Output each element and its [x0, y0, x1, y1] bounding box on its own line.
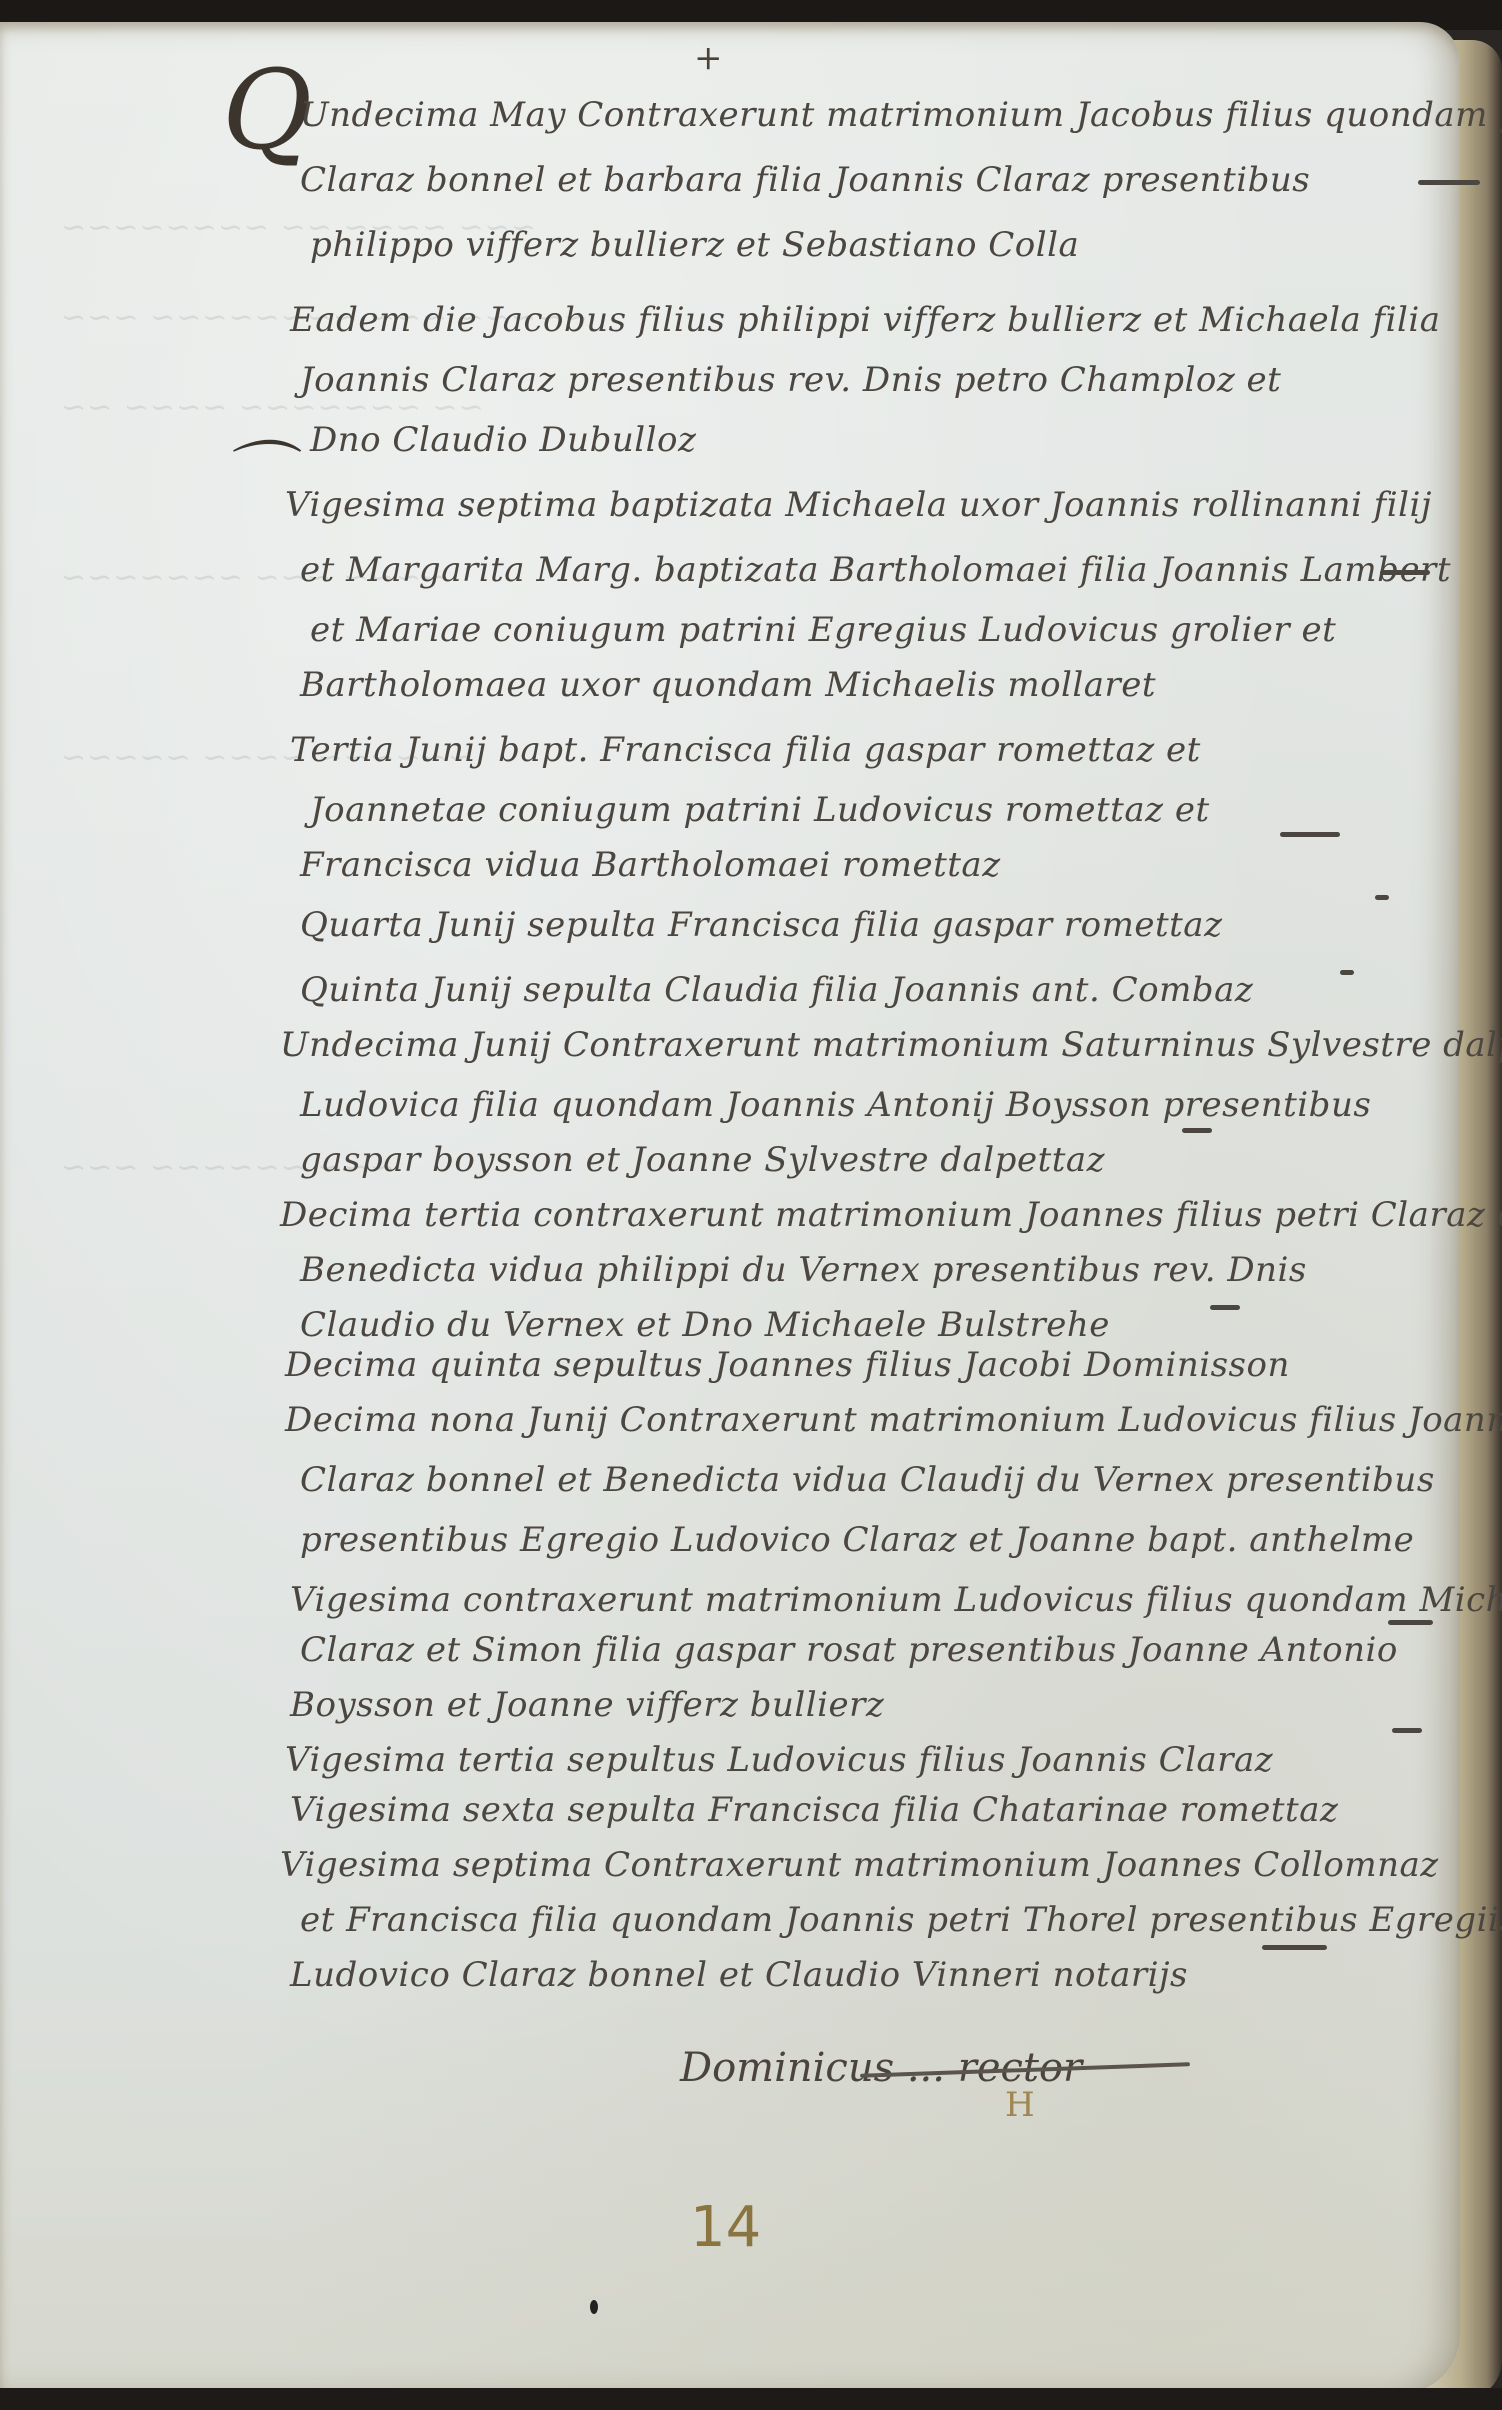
line-filler-dash: [1340, 970, 1354, 975]
register-line: Decima tertia contraxerunt matrimonium J…: [280, 1195, 1502, 1235]
line-filler-dash: [1380, 570, 1430, 575]
register-line: Joannetae coniugum patrini Ludovicus rom…: [310, 790, 1210, 830]
register-line: Claraz et Simon filia gaspar rosat prese…: [300, 1630, 1398, 1670]
register-line: Dno Claudio Dubulloz: [310, 420, 696, 460]
register-line: Decima quinta sepultus Joannes filius Ja…: [285, 1345, 1290, 1385]
register-line: Claudio du Vernex et Dno Michaele Bulstr…: [300, 1305, 1110, 1345]
register-line: Benedicta vidua philippi du Vernex prese…: [300, 1250, 1307, 1290]
line-filler-dash: [1262, 1945, 1327, 1950]
decorated-capital-v: ⌒: [220, 440, 290, 510]
register-line: gaspar boysson et Joanne Sylvestre dalpe…: [300, 1140, 1105, 1180]
register-line: Decima nona Junij Contraxerunt matrimoni…: [285, 1400, 1502, 1440]
register-line: presentibus Egregio Ludovico Claraz et J…: [300, 1520, 1414, 1560]
ink-blot: [590, 2300, 598, 2314]
line-filler-dash: [1280, 832, 1340, 837]
register-line: Boysson et Joanne vifferz bullierz: [290, 1685, 884, 1725]
register-line: Undecima Junij Contraxerunt matrimonium …: [280, 1025, 1502, 1065]
register-line: Vigesima contraxerunt matrimonium Ludovi…: [290, 1580, 1502, 1620]
register-line: Vigesima sexta sepulta Francisca filia C…: [290, 1790, 1338, 1830]
register-line: et Francisca filia quondam Joannis petri…: [300, 1900, 1502, 1940]
manuscript-scan: ~~~ ~~~~ ~~ ~~~~~~~~ ~~~~~ ~~~ ~~~~~~~~ …: [0, 0, 1502, 2410]
line-filler-dash: [1392, 1728, 1422, 1733]
register-line: Vigesima tertia sepultus Ludovicus filiu…: [285, 1740, 1273, 1780]
line-filler-dash: [1388, 1620, 1433, 1625]
register-line: philippo vifferz bullierz et Sebastiano …: [310, 225, 1079, 265]
register-line: Joannis Claraz presentibus rev. Dnis pet…: [300, 360, 1281, 400]
top-cross-mark: +: [694, 38, 723, 78]
register-line: Vigesima septima baptizata Michaela uxor…: [285, 485, 1432, 525]
line-filler-dash: [1418, 180, 1480, 185]
line-filler-dash: [1375, 895, 1389, 900]
line-filler-dash: [1210, 1305, 1240, 1310]
line-filler-dash: [1182, 1128, 1212, 1133]
register-line: Ludovico Claraz bonnel et Claudio Vinner…: [290, 1955, 1188, 1995]
folio-number: 14: [690, 2195, 761, 2260]
binding-backdrop-bottom: [0, 2388, 1502, 2410]
register-line: et Margarita Marg. baptizata Bartholomae…: [300, 550, 1451, 590]
register-line: Eadem die Jacobus filius philippi viffer…: [290, 300, 1441, 340]
register-line: Quarta Junij sepulta Francisca filia gas…: [300, 905, 1222, 945]
margin-mark: H: [1005, 2085, 1035, 2125]
register-line: et Mariae coniugum patrini Egregius Ludo…: [310, 610, 1336, 650]
register-line: Ludovica filia quondam Joannis Antonij B…: [300, 1085, 1371, 1125]
register-line: Undecima May Contraxerunt matrimonium Ja…: [300, 95, 1502, 135]
register-line: Claraz bonnel et barbara filia Joannis C…: [300, 160, 1310, 200]
register-line: Quinta Junij sepulta Claudia filia Joann…: [300, 970, 1253, 1010]
register-line: Claraz bonnel et Benedicta vidua Claudij…: [300, 1460, 1435, 1500]
register-line: Tertia Junij bapt. Francisca filia gaspa…: [290, 730, 1201, 770]
decorated-capital-u: Q: [222, 55, 312, 165]
register-line: Vigesima septima Contraxerunt matrimoniu…: [280, 1845, 1439, 1885]
register-line: Francisca vidua Bartholomaei romettaz: [300, 845, 1001, 885]
register-line: Bartholomaea uxor quondam Michaelis moll…: [300, 665, 1156, 705]
